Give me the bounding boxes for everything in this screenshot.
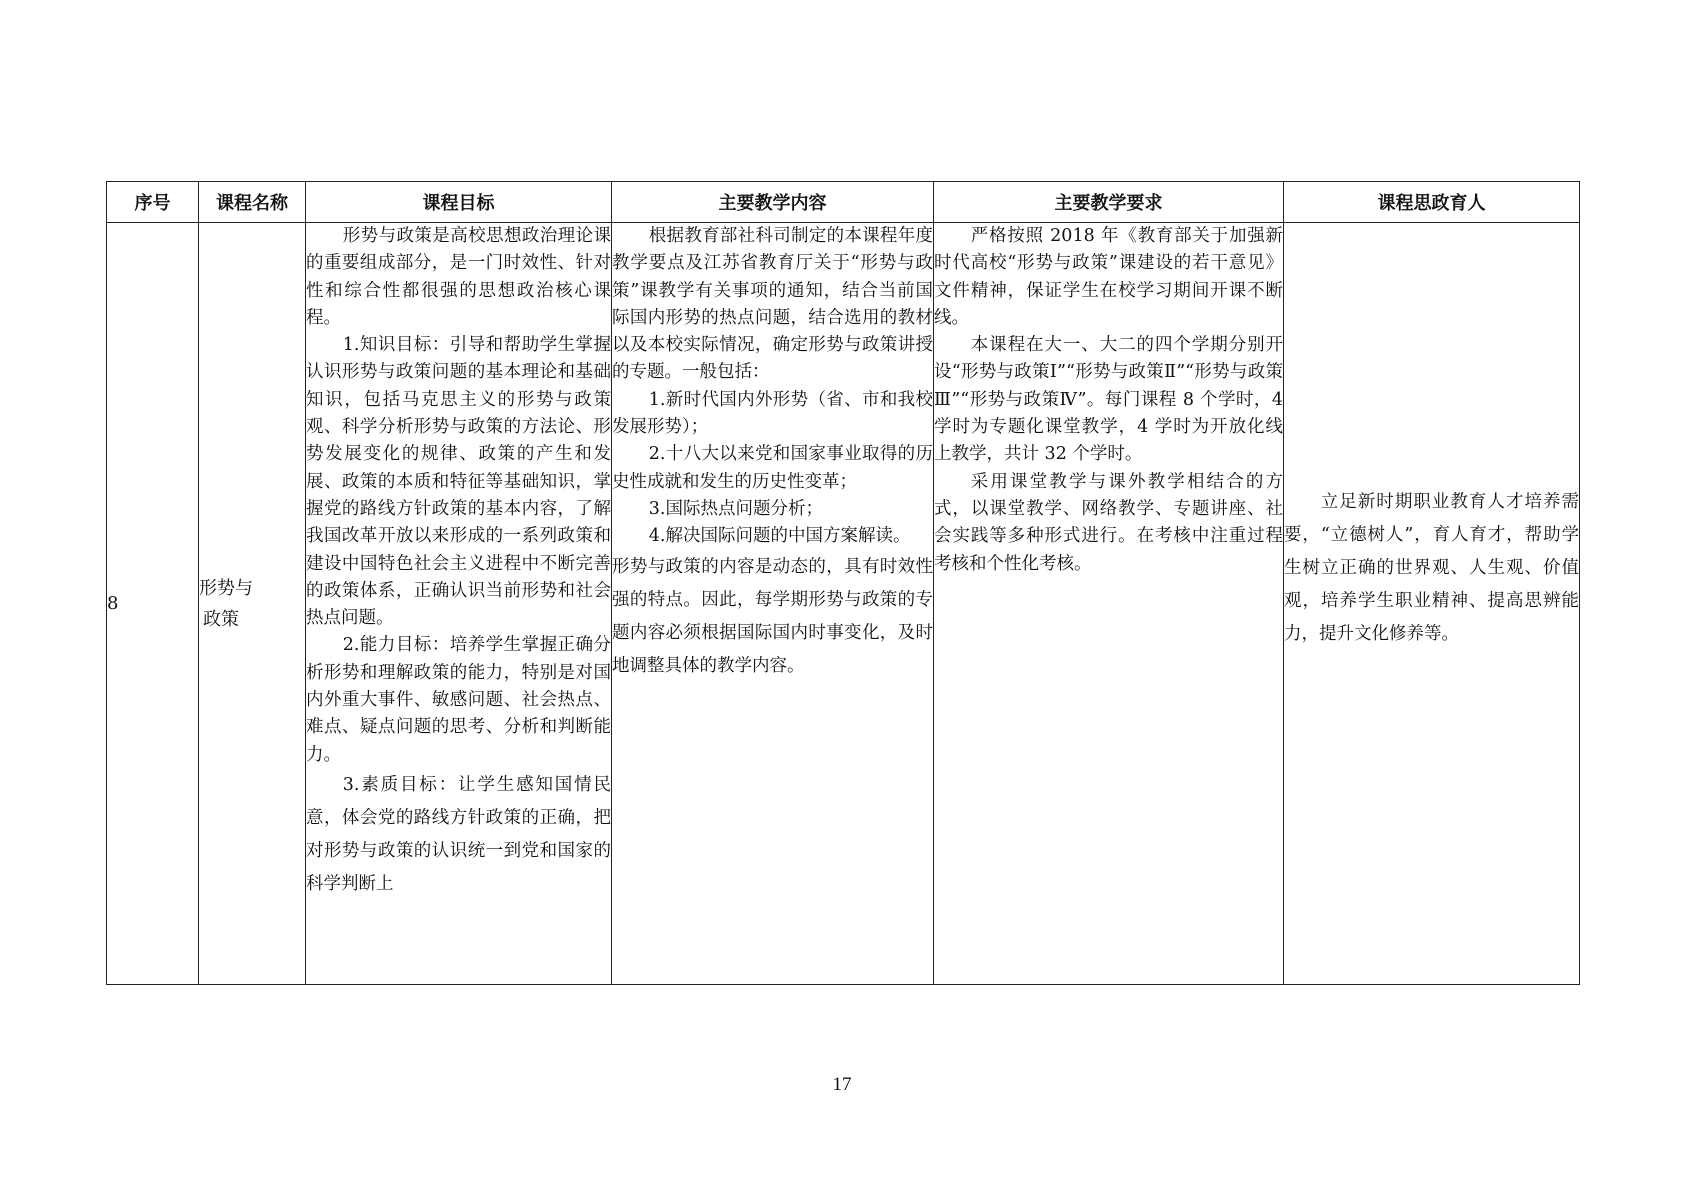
- row-index: 8: [107, 223, 199, 985]
- content-intro: 根据教育部社科司制定的本课程年度教学要点及江苏省教育厅关于“形势与政策”课教学有…: [612, 223, 933, 387]
- requirements-item: 严格按照 2018 年《教育部关于加强新时代高校“形势与政策”课建设的若干意见》…: [934, 223, 1283, 332]
- header-content: 主要教学内容: [612, 182, 934, 223]
- course-name-cell: 形势与 政策: [199, 223, 306, 985]
- objectives-quality: 3.素质目标：让学生感知国情民意，体会党的路线方针政策的正确，把对形势与政策的认…: [306, 769, 611, 901]
- content-item: 4.解决国际问题的中国方案解读。: [612, 523, 933, 550]
- objectives-cell: 形势与政策是高校思想政治理论课的重要组成部分，是一门时效性、针对性和综合性都很强…: [306, 223, 612, 985]
- requirements-item: 本课程在大一、大二的四个学期分别开设“形势与政策Ⅰ”“形势与政策Ⅱ”“形势与政策…: [934, 332, 1283, 468]
- ideology-cell: 立足新时期职业教育人才培养需要，“立德树人”，育人育才，帮助学生树立正确的世界观…: [1284, 223, 1580, 985]
- table-header-row: 序号 课程名称 课程目标 主要教学内容 主要教学要求 课程思政育人: [107, 182, 1580, 223]
- header-index: 序号: [107, 182, 199, 223]
- requirements-item: 采用课堂教学与课外教学相结合的方式，以课堂教学、网络教学、专题讲座、社会实践等多…: [934, 469, 1283, 578]
- requirements-cell: 严格按照 2018 年《教育部关于加强新时代高校“形势与政策”课建设的若干意见》…: [934, 223, 1284, 985]
- objectives-ability: 2.能力目标：培养学生掌握正确分析形势和理解政策的能力，特别是对国内外重大事件、…: [306, 632, 611, 768]
- content-item: 2.十八大以来党和国家事业取得的历史性成就和发生的历史性变革；: [612, 441, 933, 496]
- course-name-line: 形势与: [199, 573, 305, 604]
- course-table: 序号 课程名称 课程目标 主要教学内容 主要教学要求 课程思政育人 8 形势与 …: [106, 181, 1580, 985]
- objectives-intro: 形势与政策是高校思想政治理论课的重要组成部分，是一门时效性、针对性和综合性都很强…: [306, 223, 611, 332]
- header-ideology: 课程思政育人: [1284, 182, 1580, 223]
- content-note: 形势与政策的内容是动态的，具有时效性强的特点。因此，每学期形势与政策的专题内容必…: [612, 551, 933, 683]
- header-objectives: 课程目标: [306, 182, 612, 223]
- course-name-line: 政策: [199, 604, 305, 635]
- ideology-text: 立足新时期职业教育人才培养需要，“立德树人”，育人育才，帮助学生树立正确的世界观…: [1284, 486, 1579, 721]
- header-requirements: 主要教学要求: [934, 182, 1284, 223]
- header-course-name: 课程名称: [199, 182, 306, 223]
- page-number: 17: [0, 1074, 1684, 1096]
- document-page: 序号 课程名称 课程目标 主要教学内容 主要教学要求 课程思政育人 8 形势与 …: [0, 0, 1684, 1191]
- objectives-knowledge: 1.知识目标：引导和帮助学生掌握认识形势与政策问题的基本理论和基础知识，包括马克…: [306, 332, 611, 632]
- table-row: 8 形势与 政策 形势与政策是高校思想政治理论课的重要组成部分，是一门时效性、针…: [107, 223, 1580, 985]
- content-item: 1.新时代国内外形势（省、市和我校发展形势）；: [612, 387, 933, 442]
- content-cell: 根据教育部社科司制定的本课程年度教学要点及江苏省教育厅关于“形势与政策”课教学有…: [612, 223, 934, 985]
- content-item: 3.国际热点问题分析；: [612, 496, 933, 523]
